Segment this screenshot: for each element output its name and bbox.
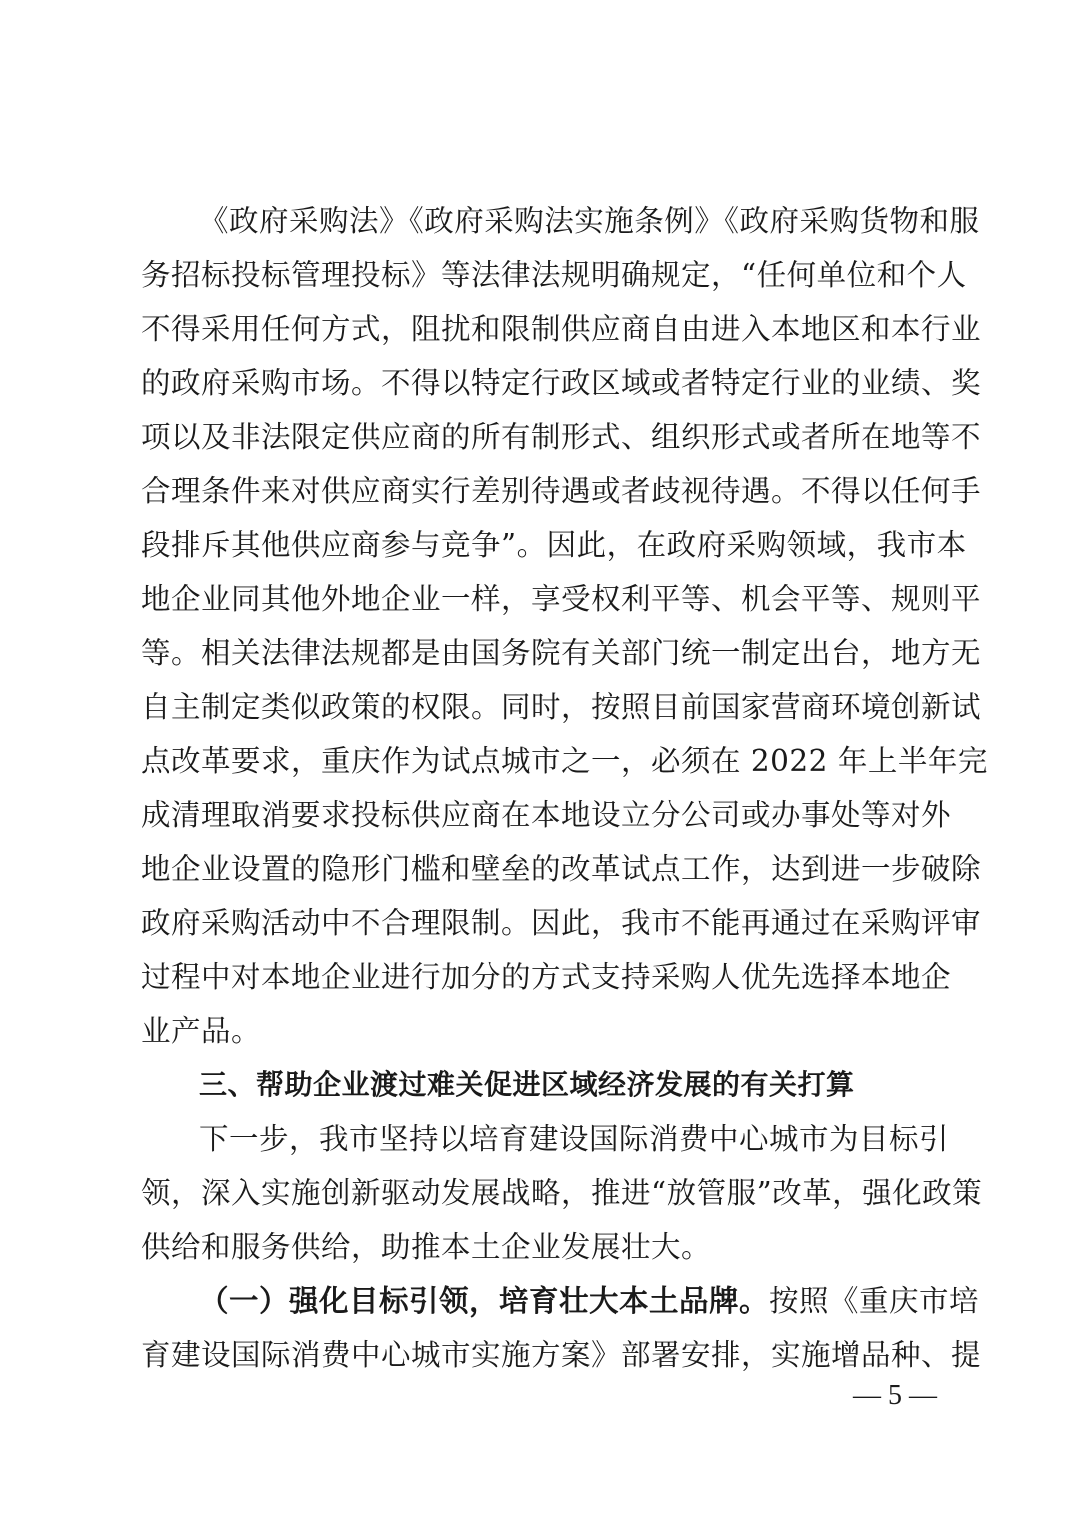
text-line: （一）强化目标引领，培育壮大本土品牌。按照《重庆市培 <box>141 1274 939 1328</box>
document-body: 《政府采购法》《政府采购法实施条例》《政府采购货物和服 务招标投标管理投标》等法… <box>141 194 939 1382</box>
page-number: — 5 — <box>845 1380 945 1412</box>
paragraph-strengthen-brands: （一）强化目标引领，培育壮大本土品牌。按照《重庆市培 育建设国际消费中心城市实施… <box>141 1274 939 1382</box>
paragraph-next-steps: 下一步，我市坚持以培育建设国际消费中心城市为目标引 领，深入实施创新驱动发展战略… <box>141 1112 939 1274</box>
text-line: 等。相关法律法规都是由国务院有关部门统一制定出台，地方无 <box>141 626 939 680</box>
subsection-lead: （一）强化目标引领，培育壮大本土品牌。 <box>199 1283 769 1318</box>
text-line: 点改革要求，重庆作为试点城市之一，必须在 2022 年上半年完 <box>141 734 939 788</box>
text-line: 《政府采购法》《政府采购法实施条例》《政府采购货物和服 <box>141 194 939 248</box>
paragraph-procurement-law: 《政府采购法》《政府采购法实施条例》《政府采购货物和服 务招标投标管理投标》等法… <box>141 194 939 1058</box>
text-line: 务招标投标管理投标》等法律法规明确规定，“任何单位和个人 <box>141 248 939 302</box>
text-run: 按照《重庆市培 <box>769 1284 979 1318</box>
text-line: 不得采用任何方式，阻扰和限制供应商自由进入本地区和本行业 <box>141 302 939 356</box>
text-line: 过程中对本地企业进行加分的方式支持采购人优先选择本地企 <box>141 950 939 1004</box>
text-line: 段排斥其他供应商参与竞争”。因此，在政府采购领域，我市本 <box>141 518 939 572</box>
document-page: 《政府采购法》《政府采购法实施条例》《政府采购货物和服 务招标投标管理投标》等法… <box>0 0 1074 1520</box>
section-heading: 三、帮助企业渡过难关促进区域经济发展的有关打算 <box>141 1058 939 1112</box>
text-line: 育建设国际消费中心城市实施方案》部署安排，实施增品种、提 <box>141 1328 939 1382</box>
text-line: 成清理取消要求投标供应商在本地设立分公司或办事处等对外 <box>141 788 939 842</box>
text-line: 的政府采购市场。不得以特定行政区域或者特定行业的业绩、奖 <box>141 356 939 410</box>
text-line: 下一步，我市坚持以培育建设国际消费中心城市为目标引 <box>141 1112 939 1166</box>
text-line: 地企业设置的隐形门槛和壁垒的改革试点工作，达到进一步破除 <box>141 842 939 896</box>
text-line: 自主制定类似政策的权限。同时，按照目前国家营商环境创新试 <box>141 680 939 734</box>
text-line: 政府采购活动中不合理限制。因此，我市不能再通过在采购评审 <box>141 896 939 950</box>
text-line: 业产品。 <box>141 1004 939 1058</box>
text-line: 项以及非法限定供应商的所有制形式、组织形式或者所在地等不 <box>141 410 939 464</box>
text-line: 地企业同其他外地企业一样，享受权利平等、机会平等、规则平 <box>141 572 939 626</box>
text-line: 供给和服务供给，助推本土企业发展壮大。 <box>141 1220 939 1274</box>
text-line: 合理条件来对供应商实行差别待遇或者歧视待遇。不得以任何手 <box>141 464 939 518</box>
text-line: 领，深入实施创新驱动发展战略，推进“放管服”改革，强化政策 <box>141 1166 939 1220</box>
